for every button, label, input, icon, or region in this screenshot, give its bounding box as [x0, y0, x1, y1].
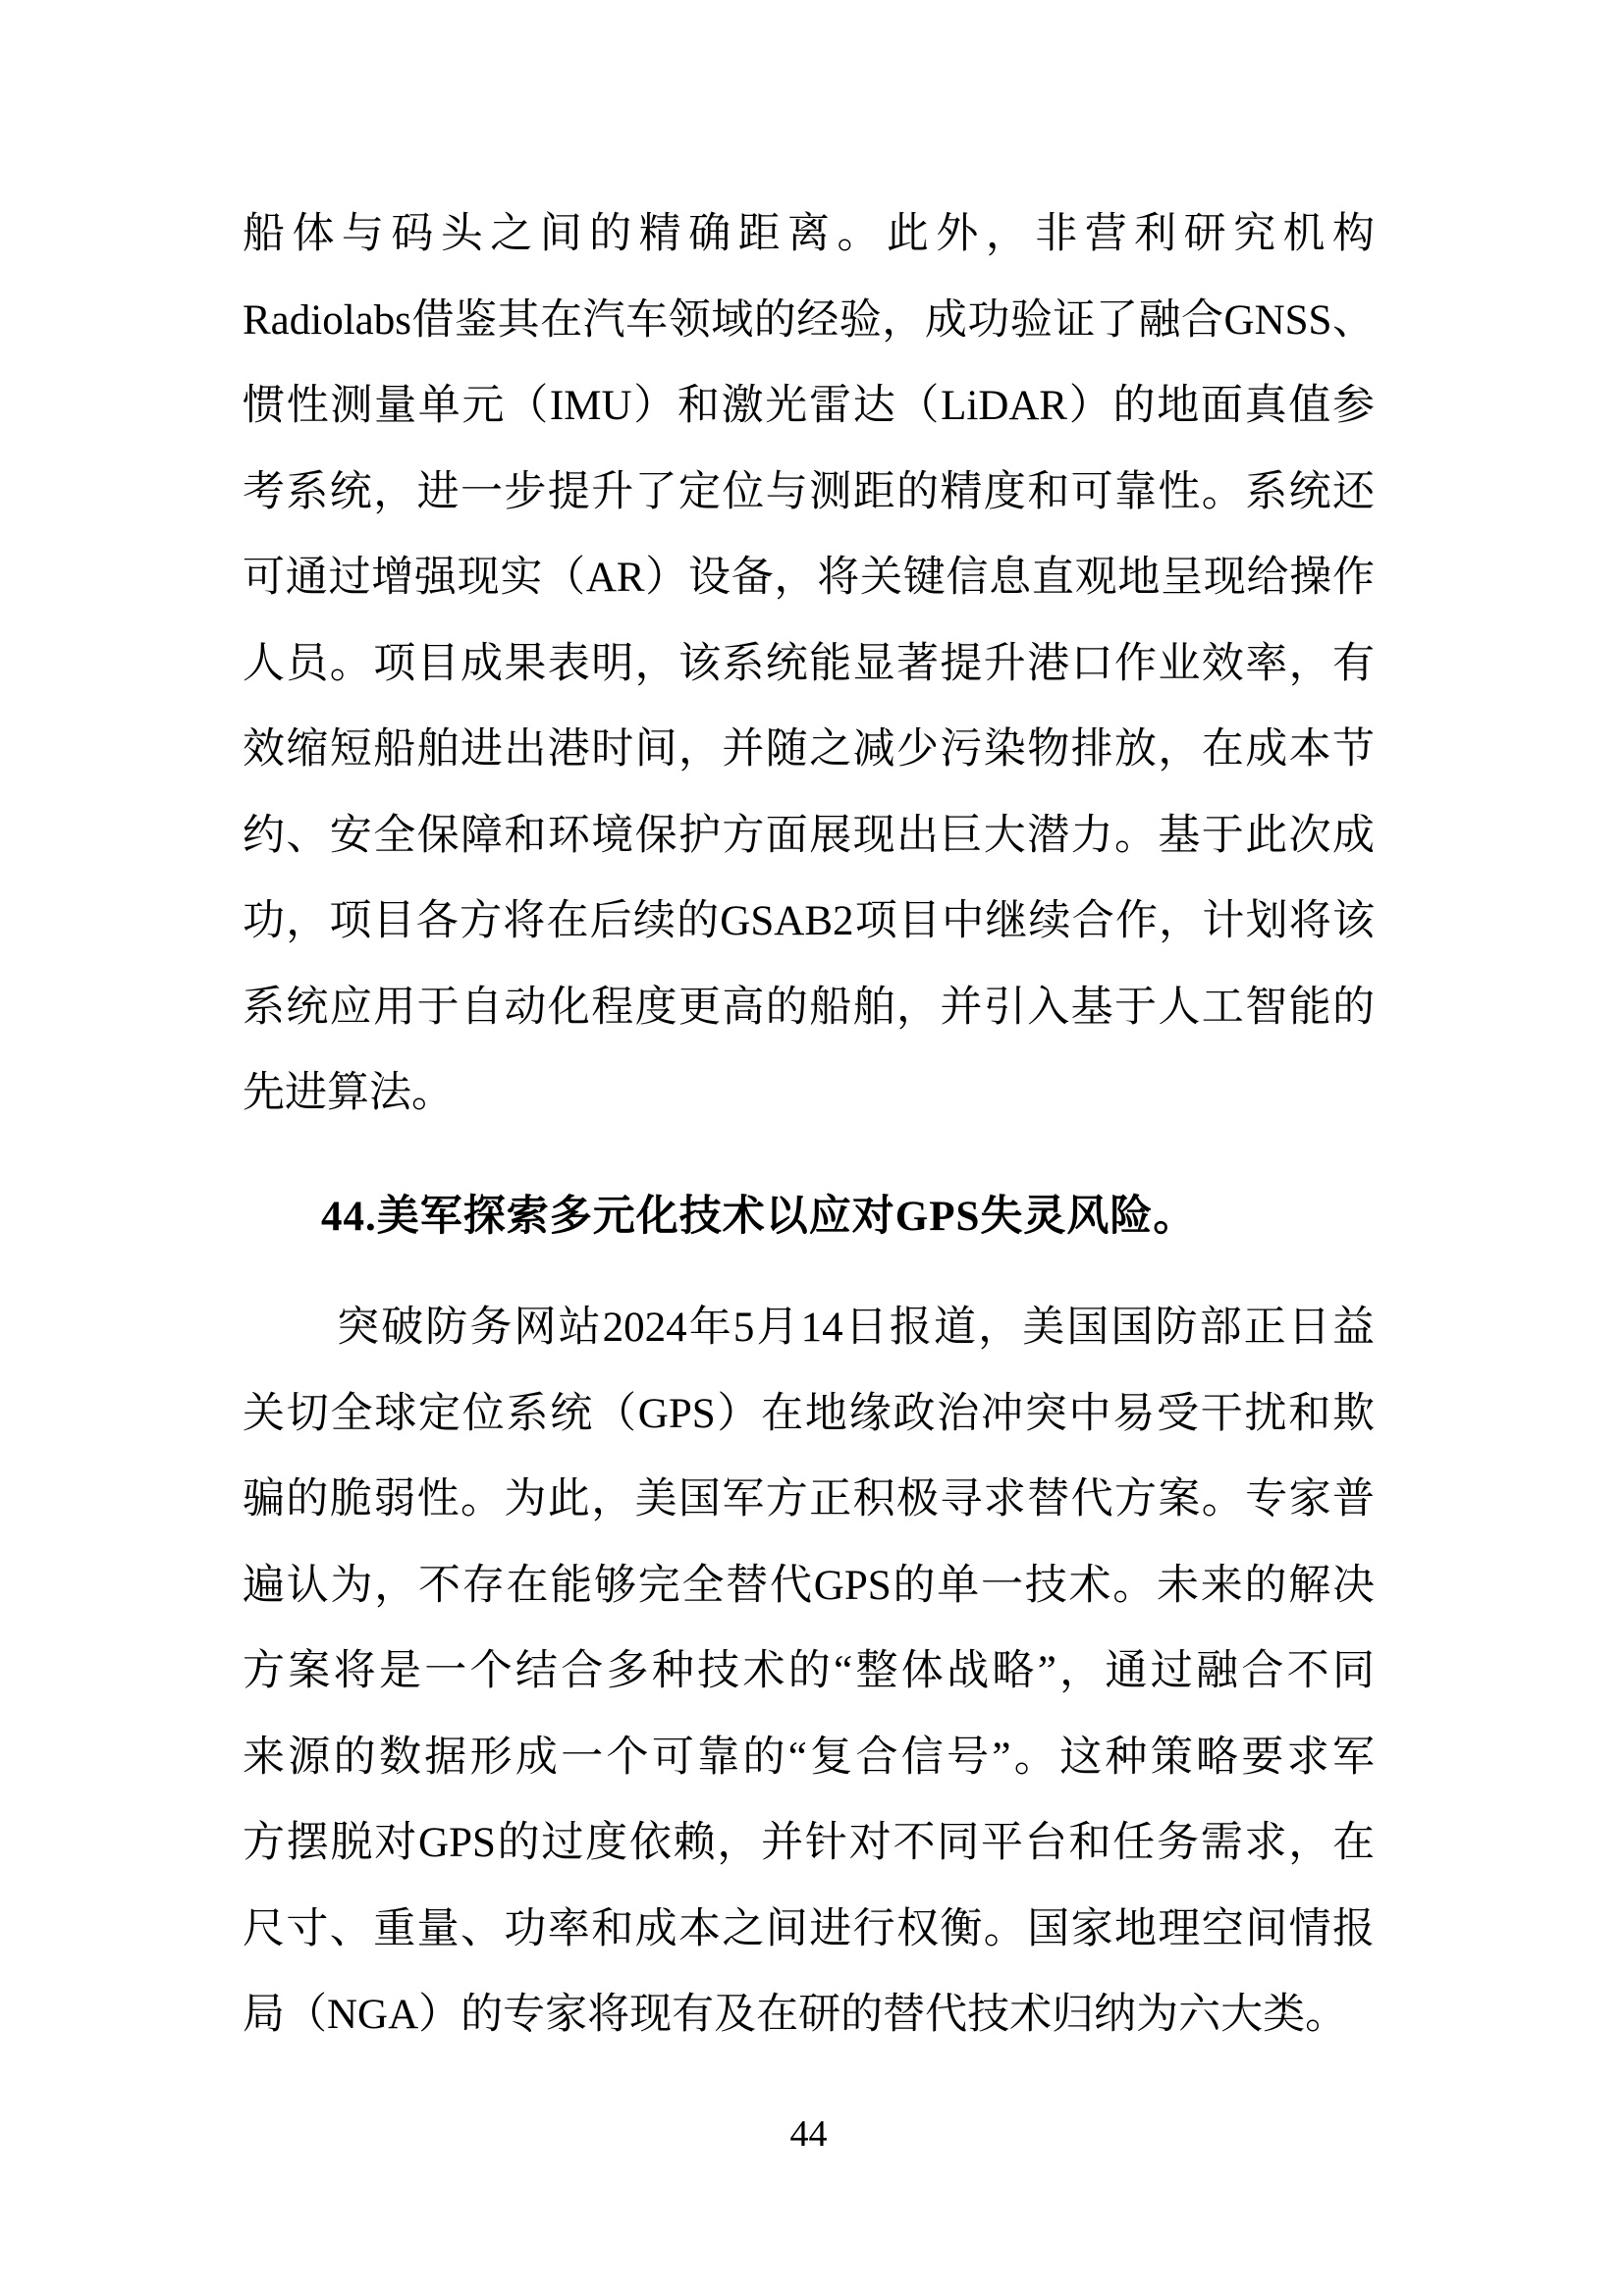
text-line: 局（NGA）的专家将现有及在研的替代技术归纳为六大类。 — [243, 1972, 1375, 2058]
text-line: 遍认为，不存在能够完全替代GPS的单一技术。未来的解决 — [243, 1543, 1375, 1629]
text-line: 方摆脱对GPS的过度依赖，并针对不同平台和任务需求，在 — [243, 1800, 1375, 1887]
text-line: 方案将是一个结合多种技术的“整体战略”，通过融合不同 — [243, 1629, 1375, 1715]
text-line: 先进算法。 — [243, 1050, 1375, 1137]
text-line: 约、安全保障和环境保护方面展现出巨大潜力。基于此次成 — [243, 793, 1375, 880]
paragraph-continuation: 船体与码头之间的精确距离。此外，非营利研究机构 Radiolabs借鉴其在汽车领… — [243, 191, 1375, 1137]
text-line: 突破防务网站2024年5月14日报道，美国国防部正日益 — [243, 1285, 1375, 1371]
text-line: 尺寸、重量、功率和成本之间进行权衡。国家地理空间情报 — [243, 1887, 1375, 1973]
text-line: 功，项目各方将在后续的GSAB2项目中继续合作，计划将该 — [243, 879, 1375, 965]
text-line: 考系统，进一步提升了定位与测距的精度和可靠性。系统还 — [243, 450, 1375, 536]
text-line: 来源的数据形成一个可靠的“复合信号”。这种策略要求军 — [243, 1715, 1375, 1801]
text-line: Radiolabs借鉴其在汽车领域的经验，成功验证了融合GNSS、 — [243, 278, 1375, 364]
document-page: 船体与码头之间的精确距离。此外，非营利研究机构 Radiolabs借鉴其在汽车领… — [0, 0, 1624, 2296]
paragraph-section-44: 突破防务网站2024年5月14日报道，美国国防部正日益 关切全球定位系统（GPS… — [243, 1285, 1375, 2058]
text-line: 效缩短船舶进出港时间，并随之减少污染物排放，在成本节 — [243, 707, 1375, 793]
text-line: 骗的脆弱性。为此，美国军方正积极寻求替代方案。专家普 — [243, 1457, 1375, 1543]
page-number: 44 — [243, 2112, 1375, 2156]
text-line: 系统应用于自动化程度更高的船舶，并引入基于人工智能的 — [243, 965, 1375, 1051]
text-line: 船体与码头之间的精确距离。此外，非营利研究机构 — [243, 191, 1375, 278]
section-heading: 44.美军探索多元化技术以应对GPS失灵风险。 — [243, 1174, 1375, 1260]
page-body: 船体与码头之间的精确距离。此外，非营利研究机构 Radiolabs借鉴其在汽车领… — [243, 191, 1375, 2058]
text-line: 关切全球定位系统（GPS）在地缘政治冲突中易受干扰和欺 — [243, 1371, 1375, 1458]
text-line: 可通过增强现实（AR）设备，将关键信息直观地呈现给操作 — [243, 535, 1375, 621]
text-line: 惯性测量单元（IMU）和激光雷达（LiDAR）的地面真值参 — [243, 363, 1375, 450]
text-line: 人员。项目成果表明，该系统能显著提升港口作业效率，有 — [243, 621, 1375, 708]
